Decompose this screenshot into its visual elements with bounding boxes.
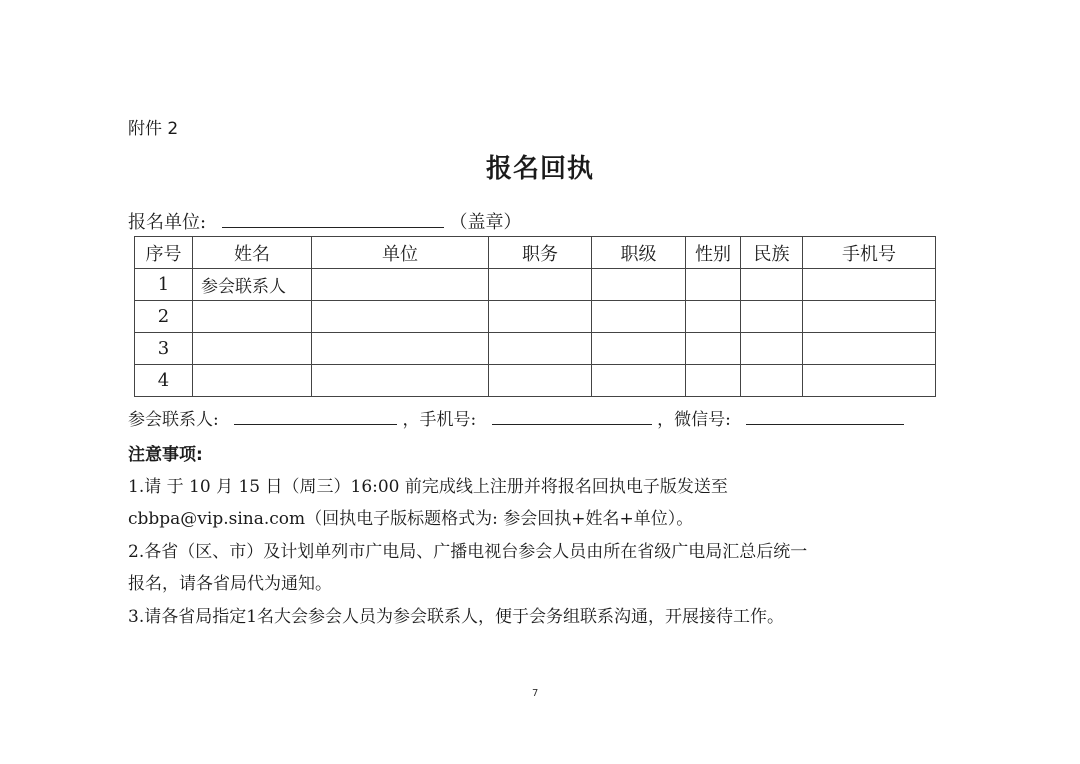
- cell-no: 3: [135, 333, 193, 365]
- cell-no: 1: [135, 269, 193, 301]
- contact-phone-label: ，手机号:: [403, 410, 477, 430]
- cell-no: 4: [135, 365, 193, 397]
- notes-heading: 注意事项:: [128, 440, 203, 465]
- cell-name[interactable]: 参会联系人: [193, 269, 312, 301]
- contact-phone-input[interactable]: [492, 408, 652, 425]
- cell-phone[interactable]: [803, 365, 936, 397]
- cell-rank[interactable]: [592, 333, 686, 365]
- attachment-label: 附件 2: [128, 114, 178, 139]
- cell-gender[interactable]: [686, 365, 741, 397]
- col-header-gender: 性别: [686, 237, 741, 269]
- cell-gender[interactable]: [686, 269, 741, 301]
- table-row: 1 参会联系人: [135, 269, 936, 301]
- cell-phone[interactable]: [803, 301, 936, 333]
- cell-no: 2: [135, 301, 193, 333]
- note-item: 2.各省（区、市）及计划单列市广电局、广播电视台参会人员由所在省级广电局汇总后统…: [128, 537, 807, 562]
- note-item: 3.请各省局指定1名大会参会人员为参会联系人，便于会务组联系沟通，开展接待工作。: [128, 602, 784, 627]
- cell-unit[interactable]: [312, 333, 489, 365]
- seal-note: （盖章）: [450, 212, 522, 233]
- table-row: 3: [135, 333, 936, 365]
- table-row: 4: [135, 365, 936, 397]
- cell-gender[interactable]: [686, 301, 741, 333]
- cell-phone[interactable]: [803, 333, 936, 365]
- col-header-ethnicity: 民族: [741, 237, 803, 269]
- cell-position[interactable]: [489, 269, 592, 301]
- contact-wechat-input[interactable]: [746, 408, 904, 425]
- table-header-row: 序号 姓名 单位 职务 职级 性别 民族 手机号: [135, 237, 936, 269]
- unit-input[interactable]: [222, 211, 444, 228]
- cell-position[interactable]: [489, 365, 592, 397]
- cell-rank[interactable]: [592, 269, 686, 301]
- col-header-phone: 手机号: [803, 237, 936, 269]
- col-header-no: 序号: [135, 237, 193, 269]
- cell-rank[interactable]: [592, 365, 686, 397]
- cell-ethnicity[interactable]: [741, 301, 803, 333]
- unit-label: 报名单位:: [128, 212, 206, 233]
- cell-gender[interactable]: [686, 333, 741, 365]
- cell-ethnicity[interactable]: [741, 365, 803, 397]
- cell-position[interactable]: [489, 301, 592, 333]
- registration-table: 序号 姓名 单位 职务 职级 性别 民族 手机号 1 参会联系人 2: [134, 236, 936, 397]
- col-header-rank: 职级: [592, 237, 686, 269]
- col-header-position: 职务: [489, 237, 592, 269]
- cell-name[interactable]: [193, 365, 312, 397]
- contact-line: 参会联系人: ，手机号: ，微信号:: [128, 405, 904, 430]
- cell-rank[interactable]: [592, 301, 686, 333]
- cell-ethnicity[interactable]: [741, 269, 803, 301]
- cell-position[interactable]: [489, 333, 592, 365]
- cell-ethnicity[interactable]: [741, 333, 803, 365]
- cell-unit[interactable]: [312, 269, 489, 301]
- cell-unit[interactable]: [312, 365, 489, 397]
- cell-unit[interactable]: [312, 301, 489, 333]
- contact-person-label: 参会联系人:: [128, 410, 219, 430]
- note-item: 报名，请各省局代为通知。: [128, 569, 332, 594]
- col-header-unit: 单位: [312, 237, 489, 269]
- registration-unit-line: 报名单位: （盖章）: [128, 208, 522, 234]
- col-header-name: 姓名: [193, 237, 312, 269]
- note-item: cbbpa@vip.sina.com（回执电子版标题格式为: 参会回执+姓名+单…: [128, 504, 693, 529]
- cell-name[interactable]: [193, 301, 312, 333]
- cell-name[interactable]: [193, 333, 312, 365]
- page-title: 报名回执: [0, 148, 1080, 185]
- contact-person-input[interactable]: [234, 408, 397, 425]
- note-item: 1.请 于 10 月 15 日（周三）16:00 前完成线上注册并将报名回执电子…: [128, 472, 728, 497]
- page-number: 7: [532, 688, 538, 699]
- cell-phone[interactable]: [803, 269, 936, 301]
- contact-wechat-label: ，微信号:: [657, 410, 731, 430]
- table-row: 2: [135, 301, 936, 333]
